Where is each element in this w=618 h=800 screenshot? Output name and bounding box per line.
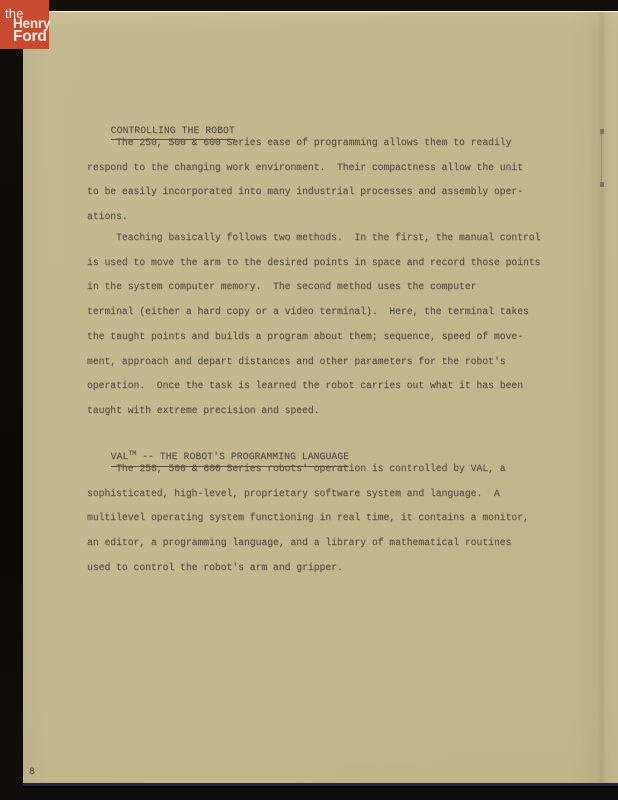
paragraph-programming-ease: The 250, 500 & 600 Series ease of progra…: [87, 131, 523, 230]
photo-frame: { "logo": { "the": "the", "henry": "Henr…: [0, 0, 618, 800]
logo-text-ford: Ford: [13, 29, 47, 45]
henry-ford-logo: the Henry Ford: [0, 0, 49, 49]
staple-shaft: [601, 133, 602, 183]
staple-top-dot: [600, 129, 604, 134]
staple-mark: [600, 129, 603, 187]
paragraph-val-description: The 250, 500 & 600 Series robots' operat…: [87, 457, 529, 581]
page-crease: [597, 12, 606, 783]
paragraph-teaching-methods: Teaching basically follows two methods. …: [87, 226, 540, 424]
staple-bottom-dot: [600, 182, 604, 187]
page-number: 8: [29, 760, 35, 785]
document-page: CONTROLLING THE ROBOT The 250, 500 & 600…: [23, 11, 618, 786]
